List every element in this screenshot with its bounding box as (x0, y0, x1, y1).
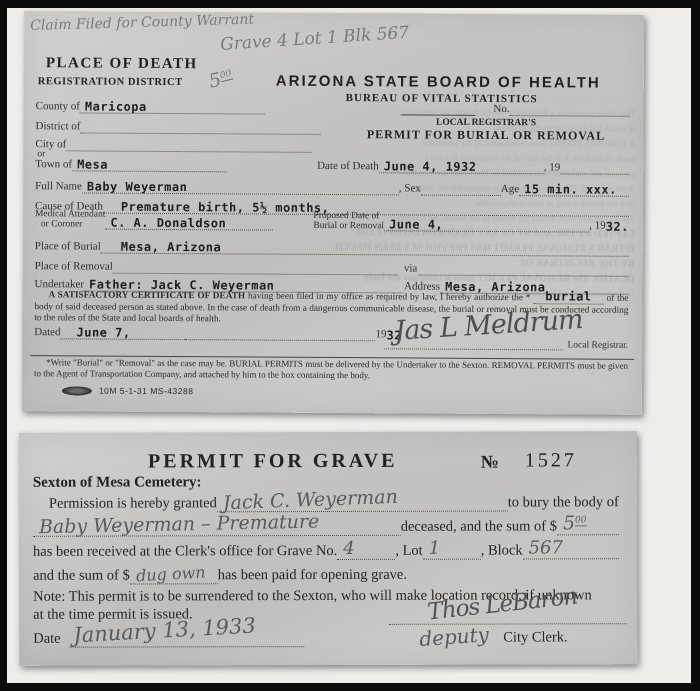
county-field: Maricopa (80, 99, 265, 114)
number-field (510, 102, 630, 117)
proposed-year-prefix: , 19 (589, 220, 606, 233)
received-text: has been received at the Clerk's office … (33, 543, 337, 561)
county-value: Maricopa (85, 100, 147, 112)
pencil-note-claim: Claim Filed for County Warrant (30, 12, 254, 34)
year-field (560, 160, 629, 174)
place-of-death-heading: PLACE OF DEATH (46, 55, 198, 73)
deceased-row: Baby Weyerman – Premature deceased, and … (33, 517, 619, 537)
sum-paid-pre-text: and the sum of $ (33, 568, 130, 585)
medical-attendant-value: C. A. Donaldson (110, 217, 226, 230)
place-of-burial-value: Mesa, Arizona (121, 241, 221, 254)
pencil-amount-cents: 00 (219, 68, 233, 81)
print-code: 10M 5-1-31 MS-43288 (99, 386, 194, 397)
town-row: Town of Mesa Date of Death June 4, 1932 … (35, 157, 629, 175)
sum-dollars: 5 (563, 512, 575, 534)
proposed-date-field: June 4, (384, 217, 589, 232)
local-registrar-label: Local Registrar. (567, 340, 628, 350)
opening-fee-field: dug own (130, 566, 218, 584)
proposed-date-value: June 4, (389, 218, 443, 230)
county-row: County of Maricopa No. (36, 99, 630, 117)
place-of-removal-label: Place of Removal (35, 260, 113, 273)
print-code-row: 10M 5-1-31 MS-43288 (62, 385, 194, 396)
permit-number-block: № 1527 (481, 449, 577, 472)
via-label: via (404, 262, 418, 275)
grave-number-field: 4 (337, 542, 395, 560)
city-clerk-label: City Clerk. (503, 629, 567, 646)
opening-fee-handwritten: dug own (135, 563, 205, 586)
permit-number-label: № (481, 452, 499, 473)
deceased-field: Baby Weyerman – Premature (33, 518, 401, 537)
footnote-paragraph: *Write "Burial" or "Removal" as the case… (34, 357, 628, 383)
age-field: 15 min. xxx. (519, 182, 629, 197)
comma-19-label: , 19 (544, 161, 561, 174)
block-field: 567 (523, 541, 619, 559)
via-field (417, 262, 628, 277)
town-value: Mesa (77, 158, 108, 170)
medical-attendant-field: C. A. Donaldson (105, 216, 273, 231)
dated-value: June 7, (76, 326, 130, 338)
full-name-field: Baby Weyerman (82, 179, 399, 195)
medical-attendant-label-line1: Medical Attendant (35, 209, 106, 219)
district-field (80, 119, 320, 134)
dated-field: June 7, (60, 325, 185, 340)
deputy-handwritten: deputy (418, 622, 489, 651)
block-label: , Block (481, 542, 523, 559)
city-field (66, 137, 311, 152)
sum-paid-post-text: has been paid for opening grave. (218, 567, 407, 584)
permission-post-text: to bury the body of (508, 494, 619, 511)
lot-field: 1 (423, 542, 481, 560)
addressee-heading: Sexton of Mesa Cemetery: (33, 474, 202, 491)
grave-permit-title: PERMIT FOR GRAVE (19, 449, 527, 473)
opening-grave-row: and the sum of $ dug own has been paid f… (33, 565, 619, 585)
county-label: County of (36, 100, 80, 113)
date-label: Date (33, 631, 60, 648)
sex-label: , Sex (399, 182, 421, 195)
permission-row: Permission is hereby granted Jack C. Wey… (33, 493, 619, 513)
permission-pre-text: Permission is hereby granted (33, 495, 217, 512)
full-name-value: Baby Weyerman (87, 180, 187, 193)
town-field: Mesa (72, 157, 227, 172)
permit-number-value: 1527 (525, 449, 577, 472)
district-label: District of (35, 120, 80, 133)
medical-attendant-label-line2: or Coroner (35, 219, 82, 229)
certificate-typed-word: burial (533, 289, 603, 304)
sum-cents: 00 (575, 515, 586, 526)
sex-field (421, 182, 501, 196)
lot-label: , Lot (395, 543, 422, 560)
medical-attendant-label: Medical Attendant or Coroner (35, 209, 106, 229)
clerk-signature-line (389, 623, 627, 625)
place-of-removal-row: Place of Removal via (35, 259, 629, 277)
date-of-death-label: Date of Death (317, 160, 379, 173)
city-row: City of (35, 137, 629, 155)
town-label: Town of (35, 158, 72, 171)
proposed-date-label-line2: Burial or Removal (313, 221, 384, 231)
pencil-note-amount: 500 (207, 66, 235, 93)
place-of-burial-field: Mesa, Arizona (101, 240, 629, 257)
sum-of-text: deceased, and the sum of $ (401, 518, 557, 535)
blank-rule (400, 102, 475, 115)
dated-label: Dated (34, 326, 60, 339)
place-of-removal-field (113, 260, 398, 276)
full-name-row: Full Name Baby Weyerman , Sex Age 15 min… (35, 179, 629, 197)
full-name-label: Full Name (35, 180, 82, 193)
block-handwritten: 567 (529, 537, 563, 558)
grantee-field: Jack C. Weyerman (217, 494, 508, 513)
place-of-burial-label: Place of Burial (35, 240, 101, 253)
certificate-lead: A SATISFACTORY CERTIFICATE OF DEATH (48, 290, 245, 301)
grave-permit-document: PERMIT FOR GRAVE № 1527 Sexton of Mesa C… (19, 431, 638, 666)
medical-attendant-row: Medical Attendant or Coroner C. A. Donal… (35, 209, 629, 233)
grave-lot-block-row: has been received at the Clerk's office … (33, 541, 619, 561)
proposed-year-value: 32. (606, 221, 629, 233)
lot-handwritten: 1 (429, 538, 441, 559)
proposed-date-label: Proposed Date of Burial or Removal (313, 211, 384, 231)
date-line (69, 646, 304, 648)
registration-district-heading: REGISTRATION DISTRICT (38, 76, 183, 88)
date-of-death-value: June 4, 1932 (384, 160, 477, 173)
date-of-death-field: June 4, 1932 (379, 159, 544, 174)
grave-number-handwritten: 4 (343, 538, 355, 559)
dated-gap-field (185, 326, 375, 341)
sum-handwritten: 500 (563, 512, 587, 534)
scanner-background: This blank constitutes a Registrar's "Bu… (7, 8, 691, 683)
deceased-handwritten: Baby Weyerman – Premature (39, 511, 320, 539)
board-of-health-heading: ARIZONA STATE BOARD OF HEALTH (276, 73, 601, 92)
registrar-signature-line (384, 335, 563, 350)
sum-field: 500 (557, 517, 619, 535)
burial-permit-document: This blank constitutes a Registrar's "Bu… (22, 11, 644, 415)
age-value: 15 min. xxx. (524, 183, 617, 196)
number-label: No. (493, 103, 509, 116)
place-of-burial-row: Place of Burial Mesa, Arizona (35, 239, 629, 257)
line-spacer (407, 583, 619, 584)
dated-row: Dated June 7, 19 32 (34, 325, 442, 341)
local-registrar-row: Local Registrar. (384, 335, 628, 350)
union-bug-icon (62, 386, 92, 395)
proposed-date-label-line1: Proposed Date of (313, 211, 379, 221)
age-label: Age (501, 183, 519, 196)
certificate-body-1: having been filed in my office as requir… (248, 291, 530, 303)
